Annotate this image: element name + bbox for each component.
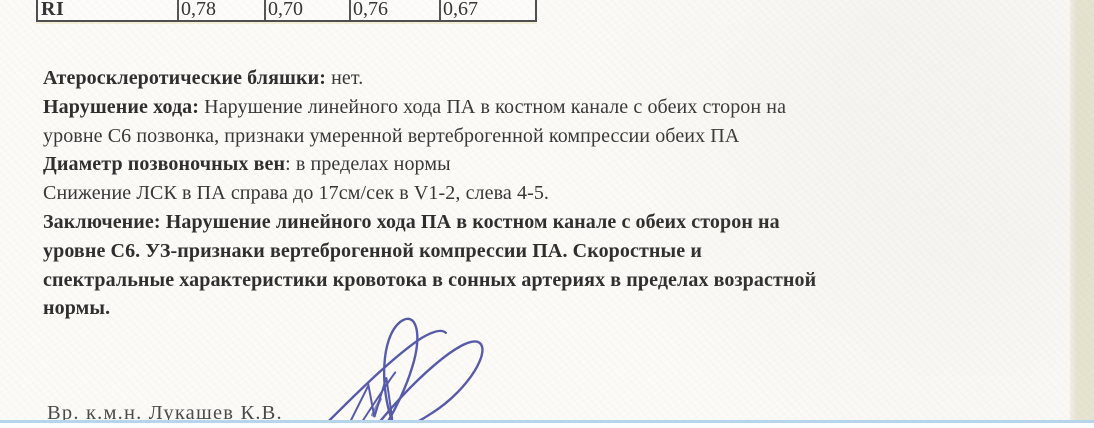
report-line-label: Атеросклеротические бляшки: [43,67,326,89]
report-line: уровне С6 позвонка, признаки умеренной в… [43,122,993,151]
ri-value-cell-2: 0,70 [264,0,349,20]
report-line: Атеросклеротические бляшки: нет. [43,64,993,93]
report-line: Диаметр позвоночных вен: в пределах норм… [43,150,993,179]
ri-value-cell-1: 0,78 [177,0,264,20]
report-line-label: Нарушение хода: [43,96,199,118]
report-line: нормы. [43,294,993,323]
report-line-text: : в пределах нормы [285,153,451,175]
report-line-text: уровне С6 позвонка, признаки умеренной в… [43,125,739,147]
signature-scribble-icon [322,312,517,421]
report-line: спектральные характеристики кровотока в … [43,266,993,295]
ri-row-header: RI [38,0,177,20]
report-line: Нарушение хода: Нарушение линейного хода… [43,93,993,122]
report-line-label: спектральные характеристики кровотока в … [43,269,816,291]
report-line-label: нормы. [43,297,110,319]
report-line-text: Нарушение линейного хода ПА в костном ка… [199,96,786,118]
scanned-report-page: RI 0,78 0,70 0,76 0,67 Атеросклеротическ… [0,0,1094,428]
ri-value-cell-4: 0,67 [439,0,535,20]
ri-table-row: RI 0,78 0,70 0,76 0,67 [36,0,537,22]
report-text-block: Атеросклеротические бляшки: нет. Нарушен… [43,64,993,323]
report-line: Заключение: Нарушение линейного хода ПА … [43,208,993,237]
report-line-text: нет. [326,67,363,89]
report-line: Снижение ЛСК в ПА справа до 17см/сек в V… [43,179,993,208]
report-line-label: Диаметр позвоночных вен [43,153,285,175]
report-line-text: Снижение ЛСК в ПА справа до 17см/сек в V… [43,182,549,204]
report-line: уровне С6. УЗ-признаки вертеброгенной ко… [43,237,993,266]
report-line-label: уровне С6. УЗ-признаки вертеброгенной ко… [43,240,702,262]
page-bottom-margin [0,423,1094,428]
report-line-label: Заключение: Нарушение линейного хода ПА … [43,211,780,233]
page-bottom-divider [0,420,1094,423]
scanner-edge-strip [1070,0,1094,428]
ri-value-cell-3: 0,76 [349,0,439,20]
